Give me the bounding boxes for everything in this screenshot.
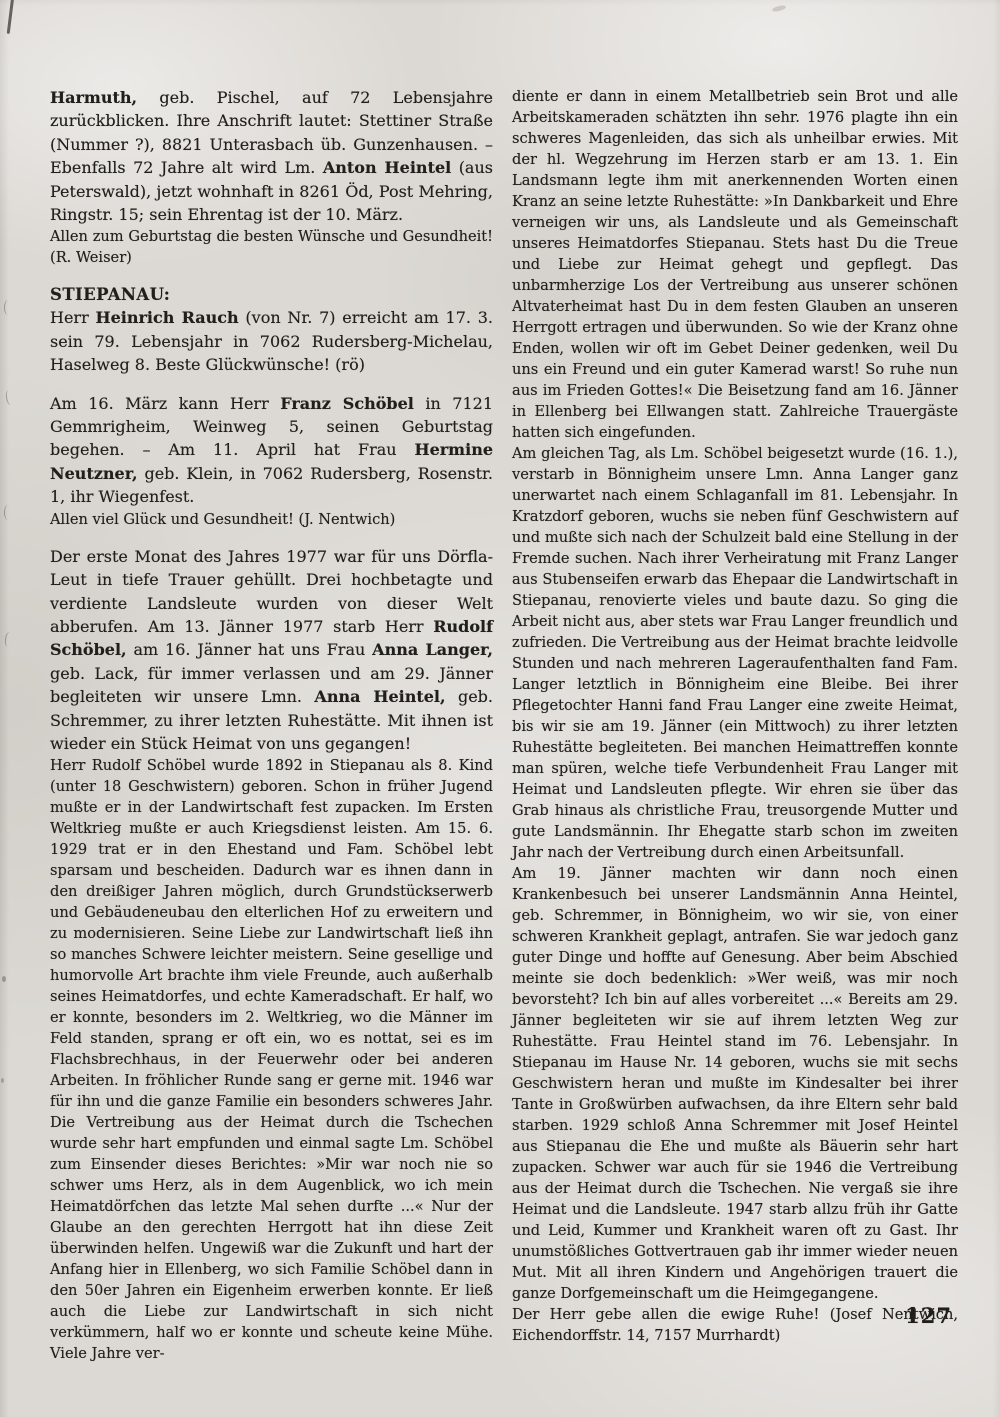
paragraph: diente er dann in einem Metallbetrieb se…: [512, 86, 958, 443]
paragraph: Herr Rudolf Schöbel wurde 1892 in Stiepa…: [50, 755, 493, 1364]
paragraph: Der erste Monat des Jahres 1977 war für …: [50, 545, 493, 756]
paragraph: Am 16. März kann Herr Franz Schöbel in 7…: [50, 392, 493, 509]
scan-artifact: [5, 389, 16, 405]
page-number: 127: [905, 1303, 952, 1328]
paragraph: Herr Heinrich Rauch (von Nr. 7) erreicht…: [50, 306, 493, 376]
section-heading: STIEPANAU:: [50, 283, 493, 306]
scan-artifact: [4, 631, 15, 647]
right-text-column: diente er dann in einem Metallbetrieb se…: [512, 86, 958, 1346]
scan-artifact: [4, 505, 13, 520]
paragraph: Allen viel Glück und Gesundheit! (J. Nen…: [50, 509, 493, 530]
scan-artifact: [4, 300, 13, 315]
scan-artifact: [772, 4, 787, 12]
scan-artifact: [2, 976, 6, 982]
paragraph: Allen zum Geburtstag die besten Wünsche …: [50, 226, 493, 268]
scanned-newsletter-page: Harmuth, geb. Pischel, auf 72 Lebensjahr…: [0, 0, 1000, 1417]
paragraph: Harmuth, geb. Pischel, auf 72 Lebensjahr…: [50, 86, 493, 226]
left-text-column: Harmuth, geb. Pischel, auf 72 Lebensjahr…: [50, 86, 493, 1364]
scan-artifact: [7, 0, 15, 34]
paragraph: Am gleichen Tag, als Lm. Schöbel beigese…: [512, 443, 958, 863]
scan-artifact: [1, 1078, 4, 1083]
paragraph: Der Herr gebe allen die ewige Ruhe! (Jos…: [512, 1304, 958, 1346]
paragraph: Am 19. Jänner machten wir dann noch eine…: [512, 863, 958, 1304]
